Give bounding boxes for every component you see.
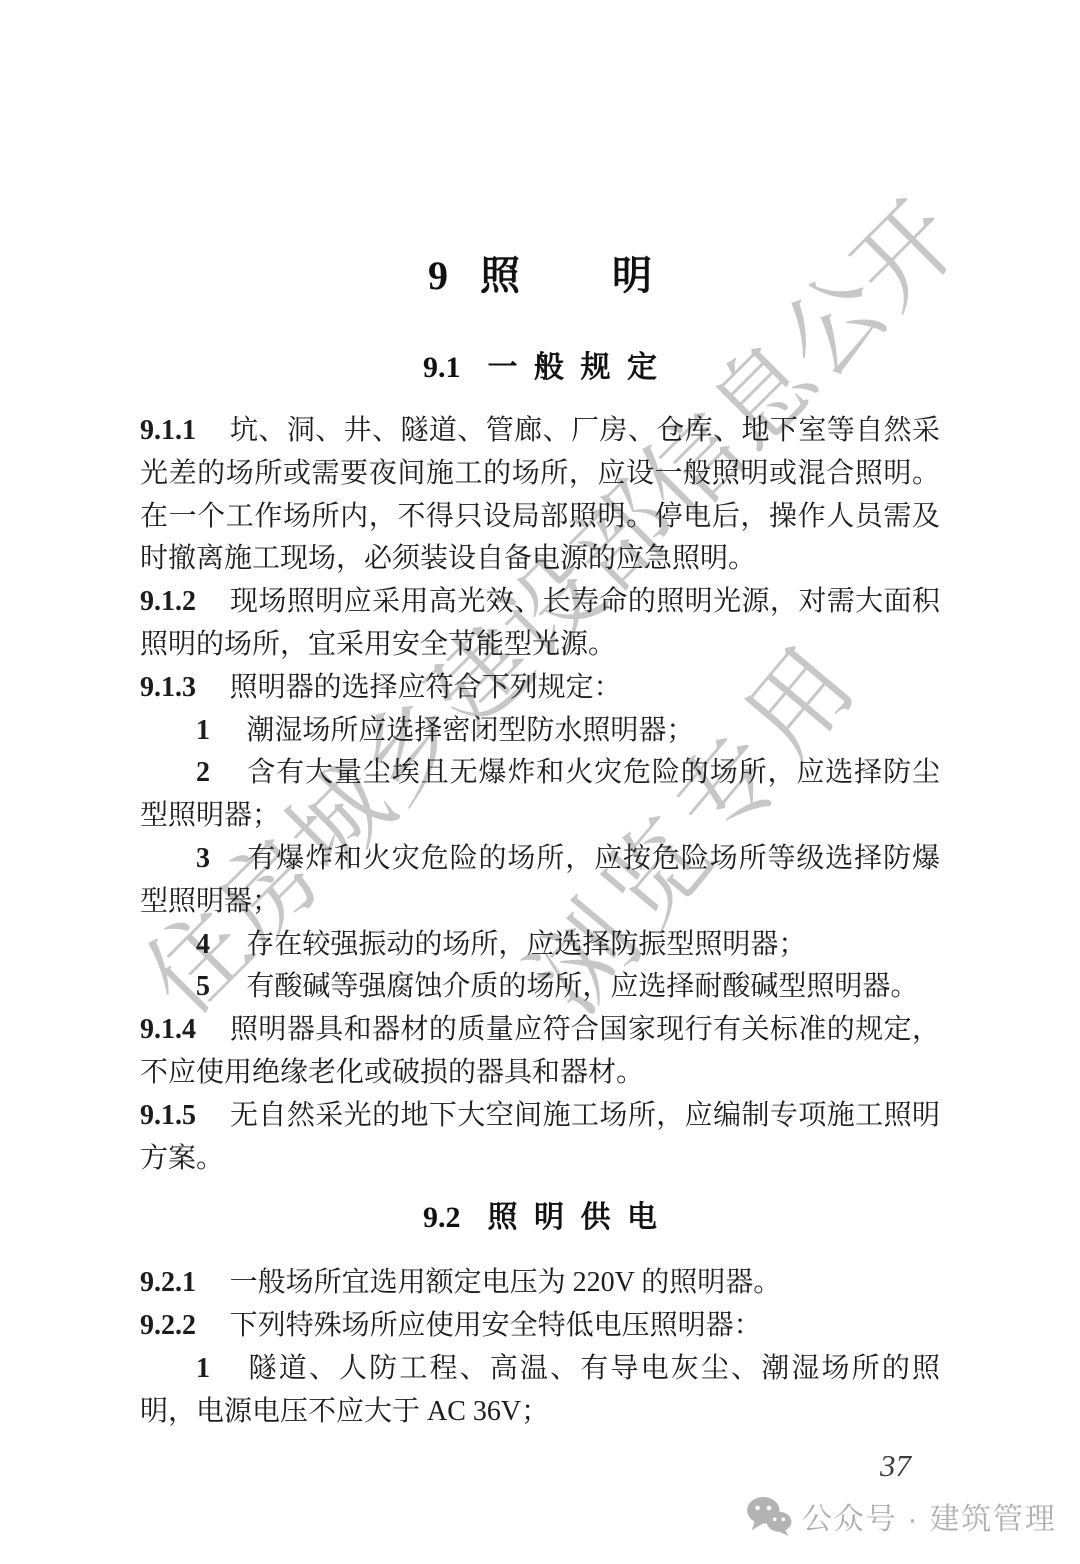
clause-9-1-2: 9.1.2现场照明应采用高光效、长寿命的照明光源，对需大面积照明的场所，宜采用安…	[140, 581, 940, 667]
clause-9-1-5: 9.1.5无自然采光的地下大空间施工场所，应编制专项施工照明方案。	[140, 1095, 940, 1181]
item-number: 1	[196, 1353, 210, 1384]
item-number: 2	[196, 757, 210, 788]
clause-text: 照明器具和器材的质量应符合国家现行有关标准的规定，不应使用绝缘老化或破损的器具和…	[140, 1014, 940, 1088]
wechat-icon	[746, 1496, 792, 1536]
chapter-title-text: 照明	[480, 254, 744, 298]
section-number: 9.2	[423, 1201, 461, 1234]
item-text: 潮湿场所应选择密闭型防水照明器；	[246, 715, 694, 746]
clause-number: 9.1.1	[140, 415, 196, 446]
item-text: 隧道、人防工程、高温、有导电灰尘、潮湿场所的照明，电源电压不应大于 AC 36V…	[140, 1353, 940, 1427]
clause-9-1-1: 9.1.1坑、洞、井、隧道、管廊、厂房、仓库、地下室等自然采光差的场所或需要夜间…	[140, 410, 940, 581]
section-heading-9-2: 9.2照明供电	[140, 1202, 940, 1234]
clause-text: 照明器的选择应符合下列规定：	[230, 672, 622, 703]
clause-number: 9.1.3	[140, 672, 196, 703]
section-number: 9.1	[423, 351, 461, 384]
clause-9-1-3-item-5: 5有酸碱等强腐蚀介质的场所，应选择耐酸碱型照明器。	[140, 966, 940, 1009]
section-9-1-body: 9.1.1坑、洞、井、隧道、管廊、厂房、仓库、地下室等自然采光差的场所或需要夜间…	[140, 410, 940, 1180]
clause-9-2-1: 9.2.1一般场所宜选用额定电压为 220V 的照明器。	[140, 1262, 940, 1305]
clause-text: 坑、洞、井、隧道、管廊、厂房、仓库、地下室等自然采光差的场所或需要夜间施工的场所…	[140, 415, 940, 574]
clause-9-1-3-item-3: 3有爆炸和火灾危险的场所，应按危险场所等级选择防爆型照明器；	[140, 838, 940, 924]
clause-text: 无自然采光的地下大空间施工场所，应编制专项施工照明方案。	[140, 1100, 940, 1174]
clause-text: 现场照明应采用高光效、长寿命的照明光源，对需大面积照明的场所，宜采用安全节能型光…	[140, 586, 940, 660]
clause-text: 一般场所宜选用额定电压为 220V 的照明器。	[230, 1267, 782, 1298]
footer-branding: 公众号 · 建筑管理	[746, 1494, 1057, 1538]
section-9-2-body: 9.2.1一般场所宜选用额定电压为 220V 的照明器。 9.2.2下列特殊场所…	[140, 1262, 940, 1433]
section-title-text: 一般规定	[488, 351, 674, 384]
clause-9-2-2: 9.2.2下列特殊场所应使用安全特低电压照明器：	[140, 1305, 940, 1348]
item-text: 有爆炸和火灾危险的场所，应按危险场所等级选择防爆型照明器；	[140, 843, 940, 917]
item-number: 1	[196, 715, 210, 746]
clause-9-2-2-item-1: 1隧道、人防工程、高温、有导电灰尘、潮湿场所的照明，电源电压不应大于 AC 36…	[140, 1348, 940, 1434]
clause-number: 9.1.4	[140, 1014, 196, 1045]
footer-label: 公众号 · 建筑管理	[802, 1494, 1057, 1538]
clause-9-1-3: 9.1.3照明器的选择应符合下列规定：	[140, 667, 940, 710]
chapter-title: 9照明	[140, 254, 940, 298]
chapter-number: 9	[428, 253, 448, 298]
section-title-text: 照明供电	[488, 1201, 674, 1234]
section-heading-9-1: 9.1一般规定	[140, 352, 940, 384]
item-number: 5	[196, 971, 210, 1002]
clause-number: 9.2.1	[140, 1267, 196, 1298]
item-text: 有酸碱等强腐蚀介质的场所，应选择耐酸碱型照明器。	[246, 971, 918, 1002]
item-number: 3	[196, 843, 210, 874]
clause-9-1-3-item-1: 1潮湿场所应选择密闭型防水照明器；	[140, 710, 940, 753]
clause-9-1-3-item-2: 2含有大量尘埃且无爆炸和火灾危险的场所，应选择防尘型照明器；	[140, 752, 940, 838]
item-text: 含有大量尘埃且无爆炸和火灾危险的场所，应选择防尘型照明器；	[140, 757, 940, 831]
clause-9-1-4: 9.1.4照明器具和器材的质量应符合国家现行有关标准的规定，不应使用绝缘老化或破…	[140, 1009, 940, 1095]
item-text: 存在较强振动的场所，应选择防振型照明器；	[246, 929, 806, 960]
clause-number: 9.1.2	[140, 586, 196, 617]
clause-9-1-3-item-4: 4存在较强振动的场所，应选择防振型照明器；	[140, 924, 940, 967]
page-content: 9照明 9.1一般规定 9.1.1坑、洞、井、隧道、管廊、厂房、仓库、地下室等自…	[140, 0, 940, 1434]
document-page: 住房城乡建设部信息公开 浏览专用 9照明 9.1一般规定 9.1.1坑、洞、井、…	[0, 0, 1080, 1564]
page-number: 37	[880, 1448, 911, 1484]
clause-text: 下列特殊场所应使用安全特低电压照明器：	[230, 1310, 762, 1341]
clause-number: 9.2.2	[140, 1310, 196, 1341]
clause-number: 9.1.5	[140, 1100, 196, 1131]
item-number: 4	[196, 929, 210, 960]
